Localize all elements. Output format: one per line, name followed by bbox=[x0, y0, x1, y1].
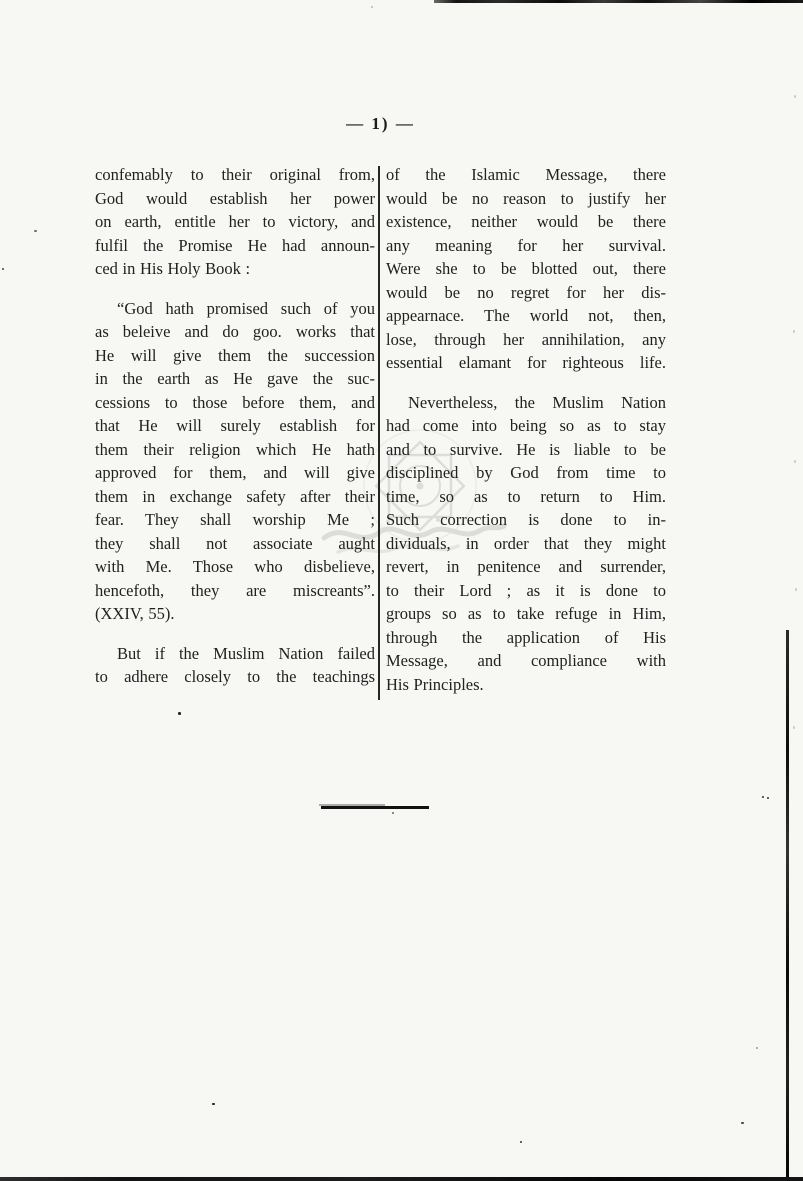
paragraph: of the Islamic Message, therewould be no… bbox=[386, 163, 666, 375]
text-line: His Principles. bbox=[386, 673, 666, 697]
text-line: revert, in penitence and surrender, bbox=[386, 555, 666, 579]
text-line: would be no regret for her dis- bbox=[386, 281, 666, 305]
text-line: ced in His Holy Book : bbox=[95, 257, 375, 281]
text-line: confemably to their original from, bbox=[95, 163, 375, 187]
text-line: “God hath promised such of you bbox=[95, 297, 375, 321]
text-line: Such correction is done to in- bbox=[386, 508, 666, 532]
text-line: appearnace. The world not, then, bbox=[386, 304, 666, 328]
text-line: essential elamant for righteous life. bbox=[386, 351, 666, 375]
text-line: existence, neither would be there bbox=[386, 210, 666, 234]
scan-edge-bottom bbox=[0, 1177, 803, 1181]
paragraph: “God hath promised such of youas beleive… bbox=[95, 297, 375, 626]
scan-speck bbox=[756, 1047, 758, 1049]
scan-speck bbox=[741, 1122, 744, 1124]
text-line: of the Islamic Message, there bbox=[386, 163, 666, 187]
text-line: Were she to be blotted out, there bbox=[386, 257, 666, 281]
scan-speck bbox=[795, 588, 797, 591]
text-line: as beleive and do goo. works that bbox=[95, 320, 375, 344]
text-line: God would establish her power bbox=[95, 187, 375, 211]
text-line: fear. They shall worship Me ; bbox=[95, 508, 375, 532]
text-line: had come into being so as to stay bbox=[386, 414, 666, 438]
text-line: them their religion which He hath bbox=[95, 438, 375, 462]
section-rule-dark bbox=[321, 806, 429, 809]
scan-speck bbox=[520, 1141, 522, 1143]
scan-speck bbox=[371, 6, 373, 8]
text-line: hencefoth, they are miscreants”. bbox=[95, 579, 375, 603]
page-number: — 1) — bbox=[95, 114, 666, 134]
text-line: lose, through her annihilation, any bbox=[386, 328, 666, 352]
scan-speck bbox=[2, 268, 4, 270]
text-line: disciplined by God from time to bbox=[386, 461, 666, 485]
scan-edge-right bbox=[786, 630, 789, 1181]
text-line: fulfil the Promise He had announ- bbox=[95, 234, 375, 258]
text-line: to their Lord ; as it is done to bbox=[386, 579, 666, 603]
text-line: Nevertheless, the Muslim Nation bbox=[386, 391, 666, 415]
scan-speck bbox=[793, 726, 795, 729]
scan-edge-top bbox=[434, 0, 803, 3]
text-line: But if the Muslim Nation failed bbox=[95, 642, 375, 666]
text-line: (XXIV, 55). bbox=[95, 602, 375, 626]
text-line: cessions to those before them, and bbox=[95, 391, 375, 415]
text-line: and to survive. He is liable to be bbox=[386, 438, 666, 462]
text-line: to adhere closely to the teachings bbox=[95, 665, 375, 689]
scanned-page: — 1) — confemably to their ori bbox=[0, 0, 803, 1181]
scan-speck bbox=[762, 796, 764, 798]
text-line: He will give them the succession bbox=[95, 344, 375, 368]
scan-speck bbox=[212, 1103, 215, 1105]
text-line: groups so as to take refuge in Him, bbox=[386, 602, 666, 626]
column-divider bbox=[378, 166, 380, 700]
text-line: that He will surely establish for bbox=[95, 414, 375, 438]
right-column: of the Islamic Message, therewould be no… bbox=[386, 163, 666, 712]
scan-speck bbox=[767, 797, 769, 799]
scan-speck bbox=[178, 712, 181, 715]
text-line: time, so as to return to Him. bbox=[386, 485, 666, 509]
text-line: with Me. Those who disbelieve, bbox=[95, 555, 375, 579]
text-line: Message, and compliance with bbox=[386, 649, 666, 673]
scan-speck bbox=[34, 230, 37, 232]
section-rule bbox=[300, 803, 460, 815]
paragraph: But if the Muslim Nation failedto adhere… bbox=[95, 642, 375, 689]
text-line: any meaning for her survival. bbox=[386, 234, 666, 258]
text-line: on earth, entitle her to victory, and bbox=[95, 210, 375, 234]
paragraph: Nevertheless, the Muslim Nationhad come … bbox=[386, 391, 666, 697]
text-line: through the application of His bbox=[386, 626, 666, 650]
text-line: them in exchange safety after their bbox=[95, 485, 375, 509]
left-column: confemably to their original from,God wo… bbox=[95, 163, 375, 705]
scan-speck bbox=[794, 95, 796, 98]
scan-speck bbox=[793, 330, 795, 333]
text-line: they shall not associate aught bbox=[95, 532, 375, 556]
scan-speck bbox=[392, 812, 394, 814]
text-line: in the earth as He gave the suc- bbox=[95, 367, 375, 391]
text-line: would be no reason to justify her bbox=[386, 187, 666, 211]
text-line: approved for them, and will give bbox=[95, 461, 375, 485]
text-line: dividuals, in order that they might bbox=[386, 532, 666, 556]
scan-speck bbox=[794, 460, 796, 463]
paragraph: confemably to their original from,God wo… bbox=[95, 163, 375, 281]
